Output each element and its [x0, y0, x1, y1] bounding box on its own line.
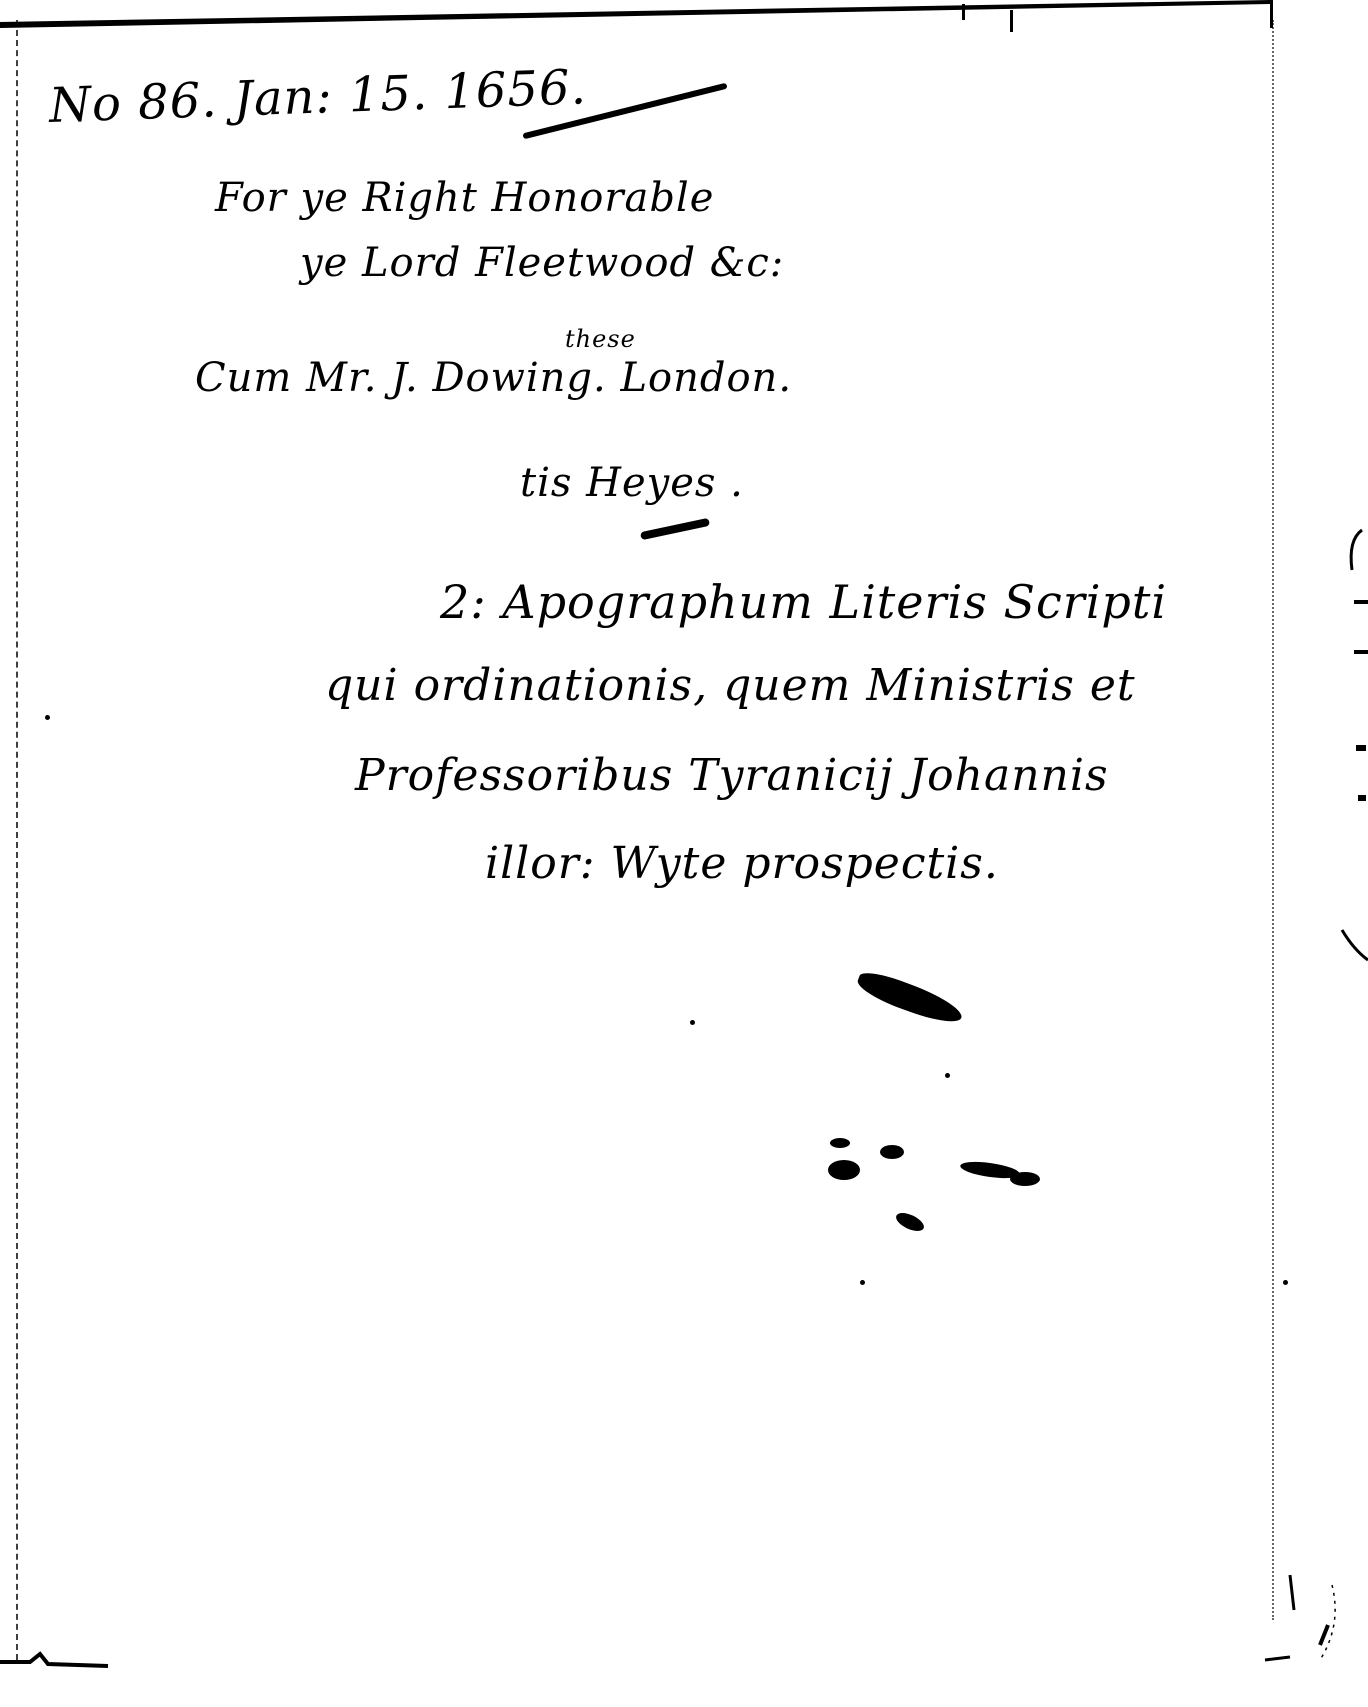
note-line-4: illor: Wyte prospectis. [485, 838, 999, 889]
ink-speck [45, 715, 50, 720]
ink-blot [828, 1160, 860, 1180]
ink-blot [893, 1209, 926, 1234]
manuscript-page: No 86. Jan: 15. 1656. For ye Right Honor… [0, 0, 1368, 1707]
ink-blot [854, 967, 966, 1029]
ink-speck [1283, 1280, 1288, 1285]
ink-blot [830, 1138, 850, 1148]
sheet-top-edge [0, 0, 1368, 40]
torn-margin-marks [1340, 510, 1368, 1110]
sheet-bottom-left-corner [0, 1650, 110, 1670]
address-line-4: tis Heyes . [520, 460, 744, 506]
ink-blot [880, 1145, 904, 1159]
docket-line: No 86. Jan: 15. 1656. [48, 59, 588, 134]
sheet-bottom-right-curl [1170, 1565, 1350, 1675]
ink-speck [690, 1020, 695, 1025]
address-flourish [640, 518, 710, 540]
address-line-3: Cum Mr. J. Dowing. London. [195, 355, 792, 401]
note-line-3: Professoribus Tyranicij Johannis [355, 750, 1109, 801]
ink-speck [945, 1073, 950, 1078]
address-line-2: ye Lord Fleetwood &c: [300, 240, 784, 286]
ink-blot [1010, 1172, 1040, 1186]
sheet-left-edge [16, 20, 22, 1660]
note-line-1: 2: Apographum Literis Scripti [440, 575, 1167, 629]
sheet-right-edge [1272, 20, 1278, 1620]
address-line-1: For ye Right Honorable [215, 175, 714, 221]
ink-speck [860, 1280, 865, 1285]
address-superscript: these [565, 325, 636, 353]
note-line-2: qui ordinationis, quem Ministris et [325, 660, 1136, 711]
